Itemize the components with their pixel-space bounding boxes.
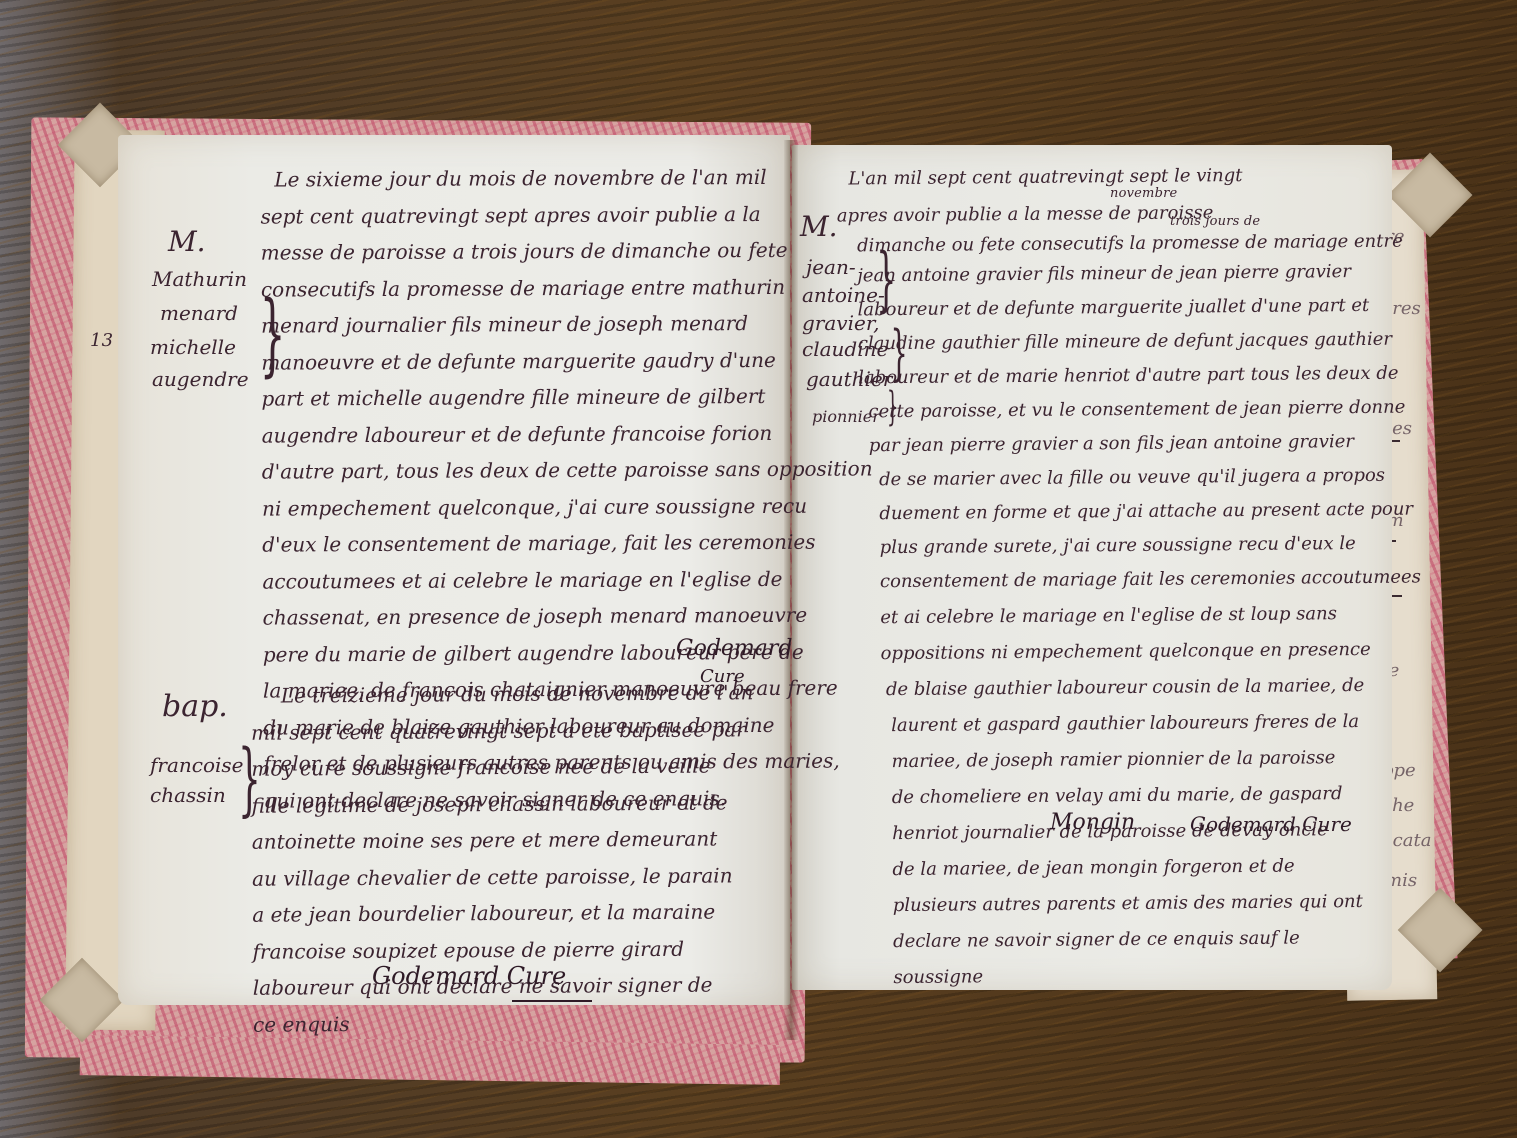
text-line: cette paroisse, et vu le consentement de…: [838, 396, 1419, 435]
text-line: de blaise gauthier laboureur cousin de l…: [841, 674, 1422, 715]
text-line: par jean pierre gravier a son fils jean …: [839, 430, 1420, 469]
text-line: oppositions ni empechement quelconque en…: [841, 638, 1422, 679]
entry-text: Le treizieme jour du mois de novembre de…: [251, 680, 756, 1049]
text-line: ce enquis: [253, 1009, 756, 1049]
text-line: au village chevalier de cette paroisse, …: [252, 863, 755, 903]
text-line: laboureur et de defunte marguerite juall…: [838, 294, 1419, 333]
open-register-book: 13 tre d apres e le mes rm d re ppe che …: [0, 0, 1517, 1138]
text-line: declare ne savoir signer de ce enquis sa…: [843, 926, 1424, 967]
entry-type-label: bap.: [162, 690, 228, 724]
text-line: jean antoine gravier fils mineur de jean…: [837, 260, 1418, 299]
text-line: et ai celebre le mariage en l'eglise de …: [840, 602, 1421, 643]
text-line: L'an mil sept cent quatrevingt sept le v…: [836, 163, 1417, 205]
entry-text: L'an mil sept cent quatrevingt sept le v…: [836, 163, 1424, 1003]
text-line: Le treizieme jour du mois de novembre de…: [251, 680, 754, 720]
text-line: mil sept cent quatrevingt sept a ete bap…: [251, 717, 754, 757]
margin-name: Mathurin: [152, 262, 247, 296]
text-line: ni empechement quelconque, j'ai cure sou…: [262, 493, 873, 533]
margin-name: michelle: [150, 330, 236, 364]
entry-type-label: M.: [800, 210, 838, 244]
text-line: de la mariee, de jean mongin forgeron et…: [842, 854, 1423, 895]
text-line: claudine gauthier fille mineure de defun…: [838, 328, 1419, 367]
text-line: plus grande surete, j'ai cure soussigne …: [840, 532, 1421, 571]
text-line: mariee, de joseph ramier pionnier de la …: [841, 746, 1422, 787]
signature-godemard-cure: Godemard Cure: [1190, 812, 1352, 836]
text-line: accoutumees et ai celebre le mariage en …: [262, 566, 873, 606]
text-line: laboureur et de marie henriot d'autre pa…: [838, 362, 1419, 401]
text-line: augendre laboureur et de defunte francoi…: [262, 420, 873, 460]
text-line: laurent et gaspard gauthier laboureurs f…: [841, 710, 1422, 751]
text-line: fille legitime de joseph chassin laboure…: [251, 790, 754, 830]
folio-mark: 13: [90, 330, 113, 351]
text-line: sept cent quatrevingt sept apres avoir p…: [260, 201, 871, 241]
text-line: de se marier avec la fille ou veuve qu'i…: [839, 464, 1420, 503]
text-line: Le sixieme jour du mois de novembre de l…: [260, 164, 871, 204]
margin-name: augendre: [152, 362, 249, 396]
text-line: manoeuvre et de defunte marguerite gaudr…: [261, 347, 872, 387]
signature-mongin: Mongin: [1050, 810, 1135, 835]
text-line: consecutifs la promesse de mariage entre…: [261, 274, 872, 314]
signature-flourish: [512, 1000, 592, 1002]
text-line: duement en forme et que j'ai attache au …: [839, 498, 1420, 537]
entry-type-label: M.: [168, 225, 206, 259]
text-line: messe de paroisse a trois jours de diman…: [261, 237, 872, 277]
text-line: menard journalier fils mineur de joseph …: [261, 310, 872, 350]
text-line: plusieurs autres parents et amis des mar…: [843, 890, 1424, 931]
text-line: d'eux le consentement de mariage, fait l…: [262, 529, 873, 569]
text-line: part et michelle augendre fille mineure …: [261, 383, 872, 423]
text-line: antoinette moine ses pere et mere demeur…: [252, 826, 755, 866]
text-line: soussigne: [843, 962, 1424, 1003]
text-line: a ete jean bourdelier laboureur, et la m…: [252, 899, 755, 939]
signature-godemard: Godemard: [676, 636, 793, 661]
margin-name: chassin: [150, 778, 226, 812]
signature-godemard-cure: Godemard Cure: [372, 962, 566, 990]
margin-name: menard: [160, 296, 238, 330]
margin-name: francoise: [150, 748, 244, 782]
text-line: moy cure soussigne francoise nee de la v…: [251, 753, 754, 793]
text-line: d'autre part, tous les deux de cette par…: [262, 456, 873, 496]
text-line: consentement de mariage fait les ceremon…: [840, 566, 1421, 607]
